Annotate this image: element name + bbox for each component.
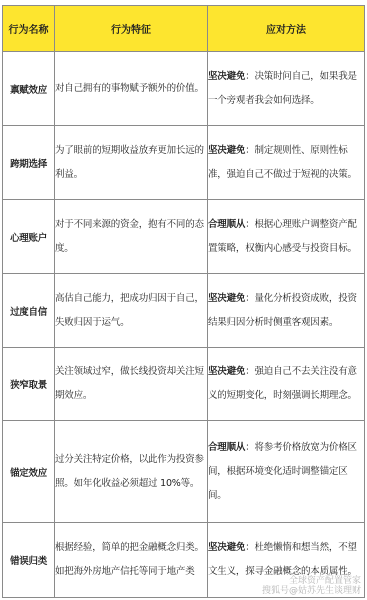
- header-behavior-name: 行为名称: [3, 6, 55, 52]
- response-method: 坚决避免：量化分析投资成败，投资结果归因分析时侧重客观因素。: [208, 274, 365, 348]
- response-method: 坚决避免：强迫自己不去关注没有意义的短期变化，时刻强调长期理念。: [208, 348, 365, 421]
- behavior-table: 行为名称 行为特征 应对方法 禀赋效应 对自己拥有的事物赋予额外的价值。 坚决避…: [2, 5, 365, 598]
- behavior-name: 狭窄取景: [3, 348, 55, 421]
- table-row: 过度自信 高估自己能力，把成功归因于自己，失败归因于运气。 坚决避免：量化分析投…: [3, 274, 365, 348]
- response-method: 坚决避免：制定规则性、原则性标准，强迫自己不做过于短视的决策。: [208, 126, 365, 200]
- behavior-name: 错误归类: [3, 523, 55, 598]
- response-label: 坚决避免: [208, 71, 245, 82]
- table-row: 锚定效应 过分关注特定价格，以此作为投资参照。如年化收益必须超过 10%等。 合…: [3, 421, 365, 523]
- behavior-name: 心理账户: [3, 200, 55, 274]
- behavior-feature: 根据经验，简单的把金融概念归类。如把海外房地产信托等同于地产类: [55, 523, 208, 598]
- header-row: 行为名称 行为特征 应对方法: [3, 6, 365, 52]
- behavior-feature: 关注领域过窄，做长线投资却关注短期效应。: [55, 348, 208, 421]
- watermark-line-2: 搜狐号@姑苏先生谈理财: [262, 586, 361, 596]
- behavior-feature: 为了眼前的短期收益放弃更加长远的利益。: [55, 126, 208, 200]
- response-method: 坚决避免：决策时问自己，如果我是一个旁观者我会如何选择。: [208, 52, 365, 126]
- header-behavior-feature: 行为特征: [55, 6, 208, 52]
- response-label: 坚决避免: [208, 542, 245, 553]
- table-row: 狭窄取景 关注领域过窄，做长线投资却关注短期效应。 坚决避免：强迫自己不去关注没…: [3, 348, 365, 421]
- response-label: 合理顺从: [208, 219, 245, 230]
- behavior-feature: 对于不同来源的资金，抱有不同的态度。: [55, 200, 208, 274]
- behavior-feature: 过分关注特定价格，以此作为投资参照。如年化收益必须超过 10%等。: [55, 421, 208, 523]
- behavior-name: 禀赋效应: [3, 52, 55, 126]
- behavior-feature: 对自己拥有的事物赋予额外的价值。: [55, 52, 208, 126]
- behavior-name: 过度自信: [3, 274, 55, 348]
- behavior-name: 跨期选择: [3, 126, 55, 200]
- behavior-feature: 高估自己能力，把成功归因于自己，失败归因于运气。: [55, 274, 208, 348]
- header-response-method: 应对方法: [208, 6, 365, 52]
- watermark-line-1: 全球资产配置管家: [262, 576, 361, 586]
- table-row: 跨期选择 为了眼前的短期收益放弃更加长远的利益。 坚决避免：制定规则性、原则性标…: [3, 126, 365, 200]
- response-method: 合理顺从：根据心理账户调整资产配置策略，权衡内心感受与投资目标。: [208, 200, 365, 274]
- response-label: 坚决避免: [208, 366, 245, 377]
- watermark: 全球资产配置管家 搜狐号@姑苏先生谈理财: [262, 576, 361, 596]
- response-method: 合理顺从：将参考价格放宽为价格区间，根据环境变化适时调整锚定区间。: [208, 421, 365, 523]
- behavior-name: 锚定效应: [3, 421, 55, 523]
- table-row: 心理账户 对于不同来源的资金，抱有不同的态度。 合理顺从：根据心理账户调整资产配…: [3, 200, 365, 274]
- response-label: 坚决避免: [208, 145, 245, 156]
- response-label: 合理顺从: [208, 442, 245, 453]
- table-row: 禀赋效应 对自己拥有的事物赋予额外的价值。 坚决避免：决策时问自己，如果我是一个…: [3, 52, 365, 126]
- response-label: 坚决避免: [208, 293, 245, 304]
